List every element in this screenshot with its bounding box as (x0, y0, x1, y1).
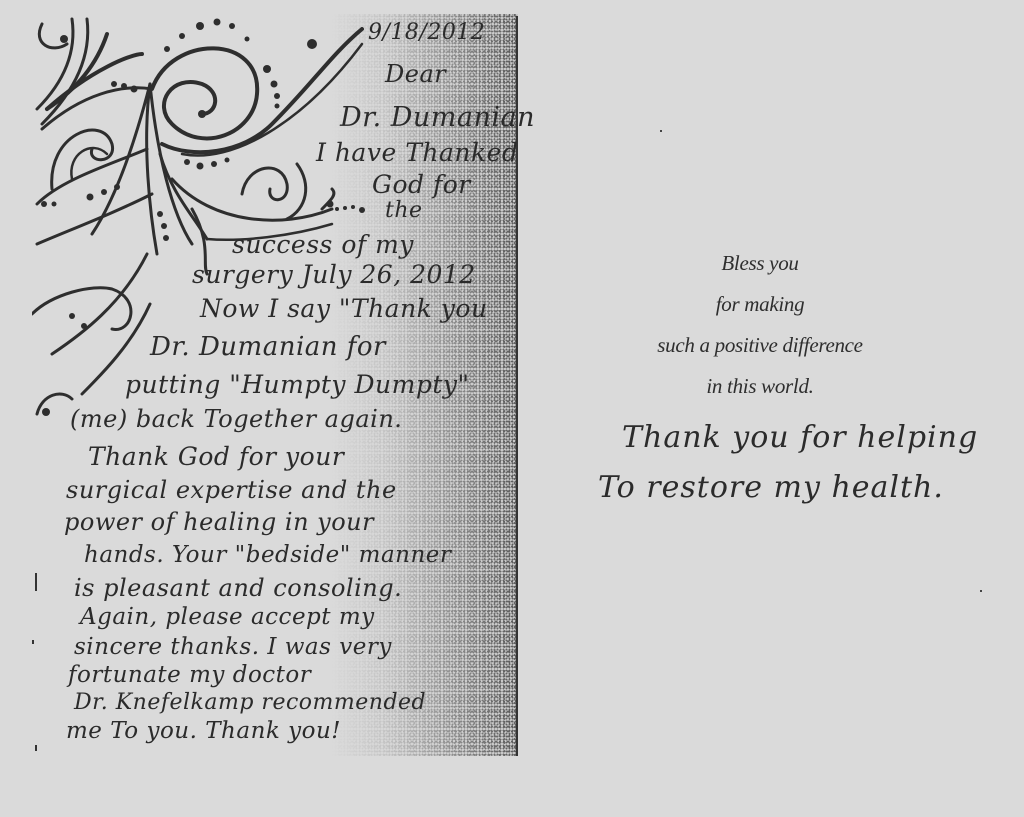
letter-line: Dr. Dumanian for (150, 334, 386, 360)
scan-dust (980, 590, 982, 592)
verse-line: such a positive difference (620, 327, 900, 368)
margin-mark (35, 573, 37, 591)
letter-line: Dr. Knefelkamp recommended (74, 692, 426, 714)
letter-line: is pleasant and consoling. (74, 576, 402, 600)
letter-line: me To you. Thank you! (66, 720, 341, 743)
handwritten-note-line: Thank you for helping (622, 420, 978, 455)
letter-line: Thank God for your (88, 444, 344, 469)
margin-mark (32, 640, 34, 644)
margin-mark (35, 745, 37, 751)
letter-line: Now I say "Thank you (200, 296, 488, 321)
letter-line: God for (372, 172, 471, 197)
letter-line: hands. Your "bedside" manner (84, 544, 451, 567)
letter-line: surgical expertise and the (66, 478, 397, 502)
letter-line: Dr. Dumanian (340, 104, 535, 131)
letter-line: putting "Humpty Dumpty" (125, 372, 470, 397)
verse-line: for making (620, 286, 900, 327)
thank-you-card-scan: 9/18/2012 Dear Dr. Dumanian I have Thank… (0, 0, 1024, 817)
letter-line: Dear (385, 62, 446, 86)
letter-line: success of my (232, 232, 414, 257)
handwritten-note-line: To restore my health. (598, 470, 944, 505)
letter-line: (me) back Together again. (70, 407, 402, 431)
scan-dust (660, 130, 662, 132)
letter-line: the (385, 200, 423, 222)
letter-line: sincere thanks. I was very (74, 636, 392, 659)
verse-line: Bless you (620, 245, 900, 286)
letter-line: I have Thanked (316, 140, 518, 165)
letter-date: 9/18/2012 (368, 22, 485, 44)
letter-line: Again, please accept my (80, 606, 375, 629)
verse-line: in this world. (620, 368, 900, 409)
printed-verse: Bless you for making such a positive dif… (620, 245, 900, 409)
letter-line: power of healing in your (64, 510, 374, 534)
letter-line: fortunate my doctor (68, 664, 311, 687)
letter-line: surgery July 26, 2012 (192, 262, 476, 287)
